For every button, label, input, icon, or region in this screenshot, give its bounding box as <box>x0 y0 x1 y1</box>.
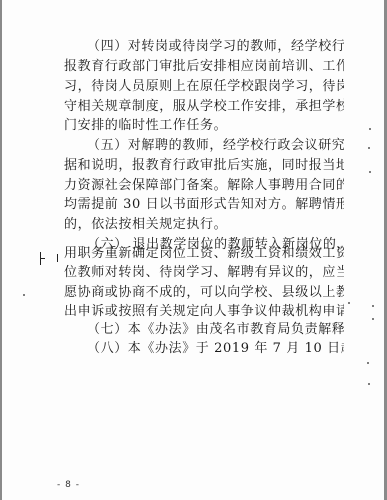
scan-speck <box>372 305 374 307</box>
text-line: 力资源社会保障部门备案。解除人事聘用合同的，学校与教师 <box>64 176 344 196</box>
text-line: （四）对转岗或待岗学习的教师，经学校行政会议研究后， <box>87 37 344 57</box>
text-line: 的，依法按相关规定执行。 <box>64 215 344 235</box>
scan-mark <box>57 254 58 262</box>
scan-speck <box>369 171 371 173</box>
text-line: 位教师对转岗、待岗学习、解聘有异议的，应当协商解决；不 <box>64 263 344 283</box>
text-line: 均需提前 30 日以书面形式告知对方。解聘情形符合经济补偿 <box>64 195 344 215</box>
text-line: 习，待岗人员原则上在原任学校跟岗学习，待岗期间应严格遵 <box>64 77 344 97</box>
scan-speck <box>23 294 25 296</box>
document-page: （四）对转岗或待岗学习的教师，经学校行政会议研究后， 报教育行政部门审批后安排相… <box>0 0 387 500</box>
scan-speck <box>369 128 371 130</box>
text-line: （七）本《办法》由茂名市教育局负责解释。 <box>87 320 344 340</box>
text-line: 愿协商或协商不成的，可以向学校、县级以上教育行政部门提 <box>64 283 344 303</box>
text-line: 报教育行政部门审批后安排相应岗前培训、工作岗位或跟岗学 <box>64 57 344 77</box>
text-line: 出申诉或按照有关规定向人事争议仲裁机构申请仲裁。 <box>64 302 344 322</box>
scan-speck <box>348 302 350 304</box>
scan-speck <box>368 147 370 149</box>
scan-speck <box>368 383 370 385</box>
text-line: （五）对解聘的教师，经学校行政会议研究后，提供事实依 <box>87 136 344 156</box>
scan-speck <box>367 362 369 364</box>
text-line: （八）本《办法》于 2019 年 7 月 10 日起实施，有效期 5 年。 <box>87 339 344 359</box>
text-line: 用职务重新确定岗位工资、薪级工资和绩效工资。退出教学岗 <box>64 244 344 264</box>
text-line: 守相关规章制度，服从学校工作安排，承担学校或教育行政部 <box>64 97 344 117</box>
text-line: 据和说明，报教育行政审批后实施，同时报当地机构编制、人 <box>64 156 344 176</box>
scan-mark <box>40 258 45 259</box>
scan-speck <box>372 318 374 320</box>
text-line: 门安排的临时性工作任务。 <box>64 116 344 136</box>
page-number: - 8 - <box>57 480 80 490</box>
scan-border-left <box>0 0 2 500</box>
